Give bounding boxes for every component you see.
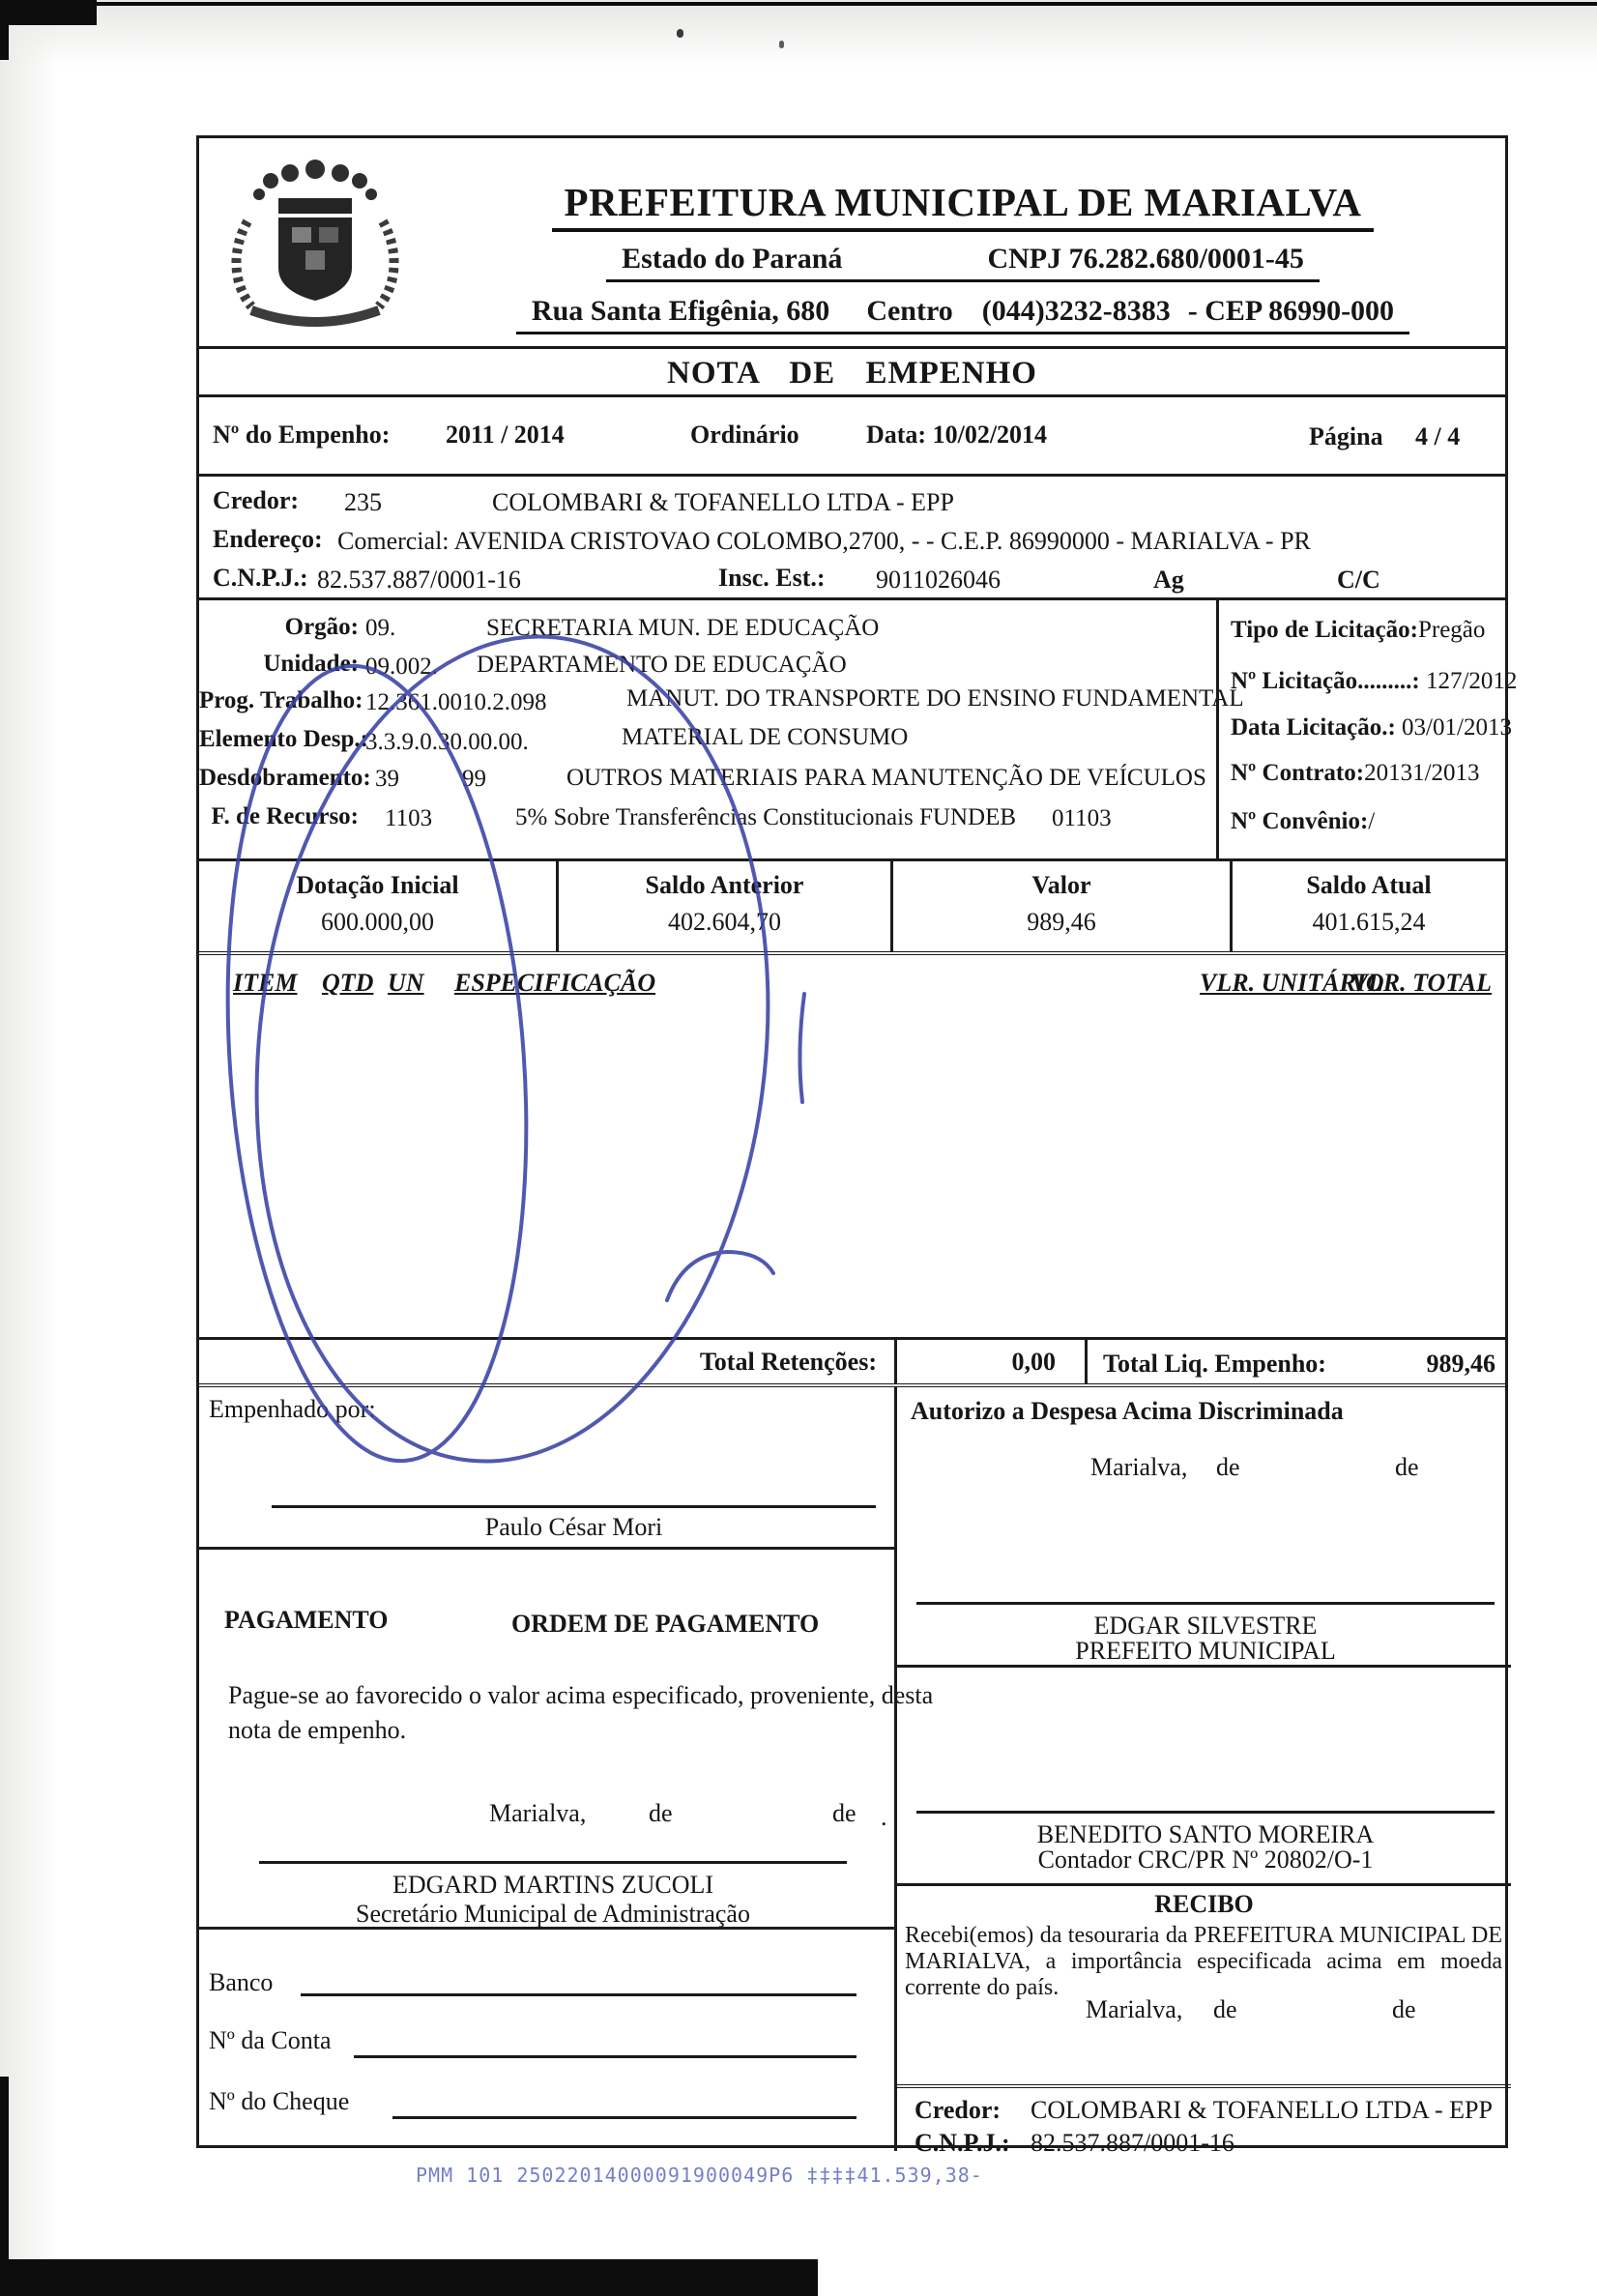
creditor-code: 235 (344, 488, 382, 517)
autorizo-title: Autorizo a Despesa Acima Discriminada (911, 1397, 1344, 1426)
balance-value: 401.615,24 (1233, 908, 1505, 937)
scan-edge-left (0, 0, 58, 2296)
totals-row: Total Retenções: 0,00 Total Liq. Empenho… (199, 1337, 1505, 1387)
prefeito-role: PREFEITO MUNICIPAL (916, 1637, 1495, 1666)
creditor-label: Credor: (213, 486, 299, 515)
prog-trabalho-label: Prog. Trabalho: (199, 687, 359, 715)
desdobramento-code: 39 (375, 766, 399, 794)
account-fill-line (354, 2055, 857, 2058)
creditor-name: COLOMBARI & TOFANELLO LTDA - EPP (492, 488, 954, 517)
page-number-label: Página (1309, 422, 1383, 451)
cnpj-label: CNPJ 76.282.680/0001-45 (987, 243, 1303, 275)
unidade-label: Unidade: (199, 651, 359, 679)
licitacao-type-value: Pregão (1418, 617, 1485, 643)
unidade-code: 09.002. (365, 654, 438, 682)
licitacao-number-label: Nº Licitação.........: (1231, 668, 1420, 694)
bank-fill-line (301, 1993, 857, 1996)
creditor-cnpj-label: C.N.P.J.: (213, 564, 308, 593)
recibo-cnpj-value: 82.537.887/0001-16 (1031, 2129, 1234, 2158)
scan-artifact-top-left-corner (0, 0, 97, 25)
pagamento-text-line1: Pague-se ao favorecido o valor acima esp… (228, 1681, 933, 1710)
recibo-text: Recebi(emos) da tesouraria da PREFEITURA… (905, 1923, 1502, 2001)
bank-label: Banco (209, 1968, 273, 1997)
creditor-block: Credor: 235 COLOMBARI & TOFANELLO LTDA -… (199, 477, 1505, 600)
prog-trabalho-desc: MANUT. DO TRANSPORTE DO ENSINO FUNDAMENT… (626, 685, 1244, 713)
balance-cell-saldo-anterior: Saldo Anterior 402.604,70 (559, 861, 893, 951)
liquido-value: 989,46 (1427, 1350, 1496, 1379)
secretario-name: EDGARD MARTINS ZUCOLI (259, 1871, 847, 1900)
agency-label: Ag (1153, 566, 1184, 595)
balance-cell-valor: Valor 989,46 (893, 861, 1233, 951)
licitacao-date-value: 03/01/2013 (1402, 714, 1512, 741)
licitacao-number-value: 127/2012 (1426, 668, 1517, 694)
recibo-credor-row: Credor: COLOMBARI & TOFANELLO LTDA - EPP… (897, 2084, 1511, 2151)
empenhado-label: Empenhado por: (209, 1395, 376, 1424)
orgao-desc: SECRETARIA MUN. DE EDUCAÇÃO (486, 615, 879, 643)
col-header-qtd: QTD (322, 969, 373, 998)
creditor-address-label: Endereço: (213, 525, 323, 554)
prog-trabalho-code: 12.361.0010.2.098 (365, 689, 547, 717)
contador-role: Contador CRC/PR Nº 20802/O-1 (916, 1846, 1495, 1875)
account-label: C/C (1337, 566, 1380, 595)
bank-authentication-stamp: PMM 101 25022014000091900049P6 ‡‡‡‡41.53… (416, 2164, 983, 2187)
balance-header: Valor (893, 871, 1230, 900)
cheque-fill-line (392, 2116, 857, 2119)
empenho-number-value: 2011 / 2014 (446, 421, 565, 450)
scan-artifact-left-sliver-bottom (0, 2077, 9, 2296)
licitacao-type-label: Tipo de Licitação: (1231, 617, 1418, 643)
signatures-grid: Empenhado por: Paulo César Mori PAGAMENT… (199, 1387, 1505, 2151)
cheque-number-label: Nº do Cheque (209, 2087, 349, 2116)
pagamento-box: PAGAMENTO ORDEM DE PAGAMENTO Pague-se ao… (199, 1550, 894, 1930)
scanned-nota-de-empenho-page: PREFEITURA MUNICIPAL DE MARIALVA Estado … (0, 0, 1597, 2296)
bank-box: Banco Nº da Conta Nº do Cheque (199, 1930, 894, 2151)
scan-artifact-left-sliver-top (0, 0, 9, 60)
elemento-desp-label: Elemento Desp.: (199, 726, 359, 754)
left-column: Empenhado por: Paulo César Mori PAGAMENT… (199, 1387, 897, 2151)
col-header-item: ITEM (233, 969, 297, 998)
recibo-cnpj-label: C.N.P.J.: (915, 2129, 1010, 2158)
balance-value: 600.000,00 (199, 908, 556, 937)
empenhado-box: Empenhado por: Paulo César Mori (199, 1387, 894, 1550)
right-column: Autorizo a Despesa Acima Discriminada Ma… (897, 1387, 1511, 2151)
contract-number-value: 20131/2013 (1364, 760, 1479, 786)
autorizo-box: Autorizo a Despesa Acima Discriminada Ma… (897, 1387, 1511, 1668)
licitacao-date-label: Data Licitação.: (1231, 714, 1396, 741)
district: Centro (866, 295, 952, 327)
empenho-number-row: Nº do Empenho: 2011 / 2014 Ordinário Dat… (199, 397, 1505, 477)
elemento-desp-code: 3.3.9.0.30.00.00. (365, 729, 529, 757)
autorizo-de2: de (1395, 1453, 1419, 1482)
budget-classification-block: Orgão: 09. SECRETARIA MUN. DE EDUCAÇÃO U… (199, 600, 1505, 861)
signature-line-secretario (259, 1861, 847, 1864)
retencoes-value-cell: 0,00 (897, 1340, 1088, 1383)
pagamento-period: . (881, 1803, 887, 1832)
city-hall-title: PREFEITURA MUNICIPAL DE MARIALVA (552, 179, 1373, 232)
balance-header: Saldo Atual (1233, 871, 1505, 900)
empenho-type: Ordinário (690, 421, 799, 450)
pagamento-title: PAGAMENTO (224, 1606, 388, 1635)
unidade-desc: DEPARTAMENTO DE EDUCAÇÃO (477, 652, 847, 680)
orgao-label: Orgão: (199, 614, 359, 642)
retencoes-label: Total Retenções: (700, 1348, 877, 1376)
col-header-especificacao: ESPECIFICAÇÃO (454, 969, 655, 998)
balance-header: Dotação Inicial (199, 871, 556, 900)
empenho-number-label: Nº do Empenho: (213, 421, 390, 450)
street-address: Rua Santa Efigênia, 680 (532, 295, 829, 327)
empenho-date: Data: 10/02/2014 (866, 421, 1047, 450)
licitacao-box: Tipo de Licitação:Pregão Nº Licitação...… (1216, 600, 1511, 861)
state-registration-label: Insc. Est.: (718, 564, 826, 593)
recibo-credor-label: Credor: (915, 2096, 1001, 2125)
state-registration-value: 9011026046 (876, 566, 1001, 595)
recibo-city: Marialva, (1086, 1995, 1182, 2024)
fonte-recurso-label: F. de Recurso: (199, 803, 359, 831)
creditor-address-value: Comercial: AVENIDA CRISTOVAO COLOMBO,270… (337, 527, 1311, 556)
recibo-box: RECIBO Recebi(emos) da tesouraria da PRE… (897, 1886, 1511, 2151)
scan-artifact-dot-1 (677, 29, 683, 38)
balances-table: Dotação Inicial 600.000,00 Saldo Anterio… (199, 861, 1505, 955)
letterhead: PREFEITURA MUNICIPAL DE MARIALVA Estado … (199, 138, 1505, 346)
balance-value: 402.604,70 (559, 908, 890, 937)
fonte-recurso-code: 1103 (385, 805, 432, 833)
recibo-de1: de (1213, 1995, 1237, 2024)
contract-number-label: Nº Contrato: (1231, 760, 1364, 786)
page-number-value: 4 / 4 (1415, 422, 1460, 451)
account-number-label: Nº da Conta (209, 2026, 331, 2055)
balance-value: 989,46 (893, 908, 1230, 937)
agreement-number-label: Nº Convênio: (1231, 808, 1368, 834)
desdobramento-code2: 99 (462, 766, 486, 794)
page-title: NOTA DE EMPENHO (667, 356, 1037, 391)
elemento-desp-desc: MATERIAL DE CONSUMO (622, 724, 908, 752)
liquido-cell: Total Liq. Empenho: 989,46 (1088, 1340, 1505, 1383)
balance-header: Saldo Anterior (559, 871, 890, 900)
pagamento-text-line2: nota de empenho. (228, 1716, 406, 1745)
secretario-role: Secretário Municipal de Administração (259, 1900, 847, 1929)
phone: (044)3232-8383 (982, 295, 1171, 327)
col-header-un: UN (388, 969, 424, 998)
creditor-cnpj-value: 82.537.887/0001-16 (317, 566, 521, 595)
signature-line-contador (916, 1811, 1495, 1814)
signature-line-prefeito (916, 1602, 1495, 1605)
state-label: Estado do Paraná (622, 243, 842, 275)
retencoes-value: 0,00 (1012, 1348, 1057, 1376)
balance-cell-dotacao: Dotação Inicial 600.000,00 (199, 861, 559, 951)
fonte-recurso-extra-code: 01103 (1052, 805, 1112, 833)
desdobramento-desc: OUTROS MATERIAIS PARA MANUTENÇÃO DE VEÍC… (566, 765, 1206, 793)
scan-edge-top (0, 0, 1597, 68)
recibo-title: RECIBO (897, 1890, 1511, 1919)
liquido-label: Total Liq. Empenho: (1103, 1350, 1326, 1379)
items-table: ITEM QTD UN ESPECIFICAÇÃO VLR. UNITÁRIO … (199, 955, 1505, 1337)
scan-artifact-top-line (0, 2, 1597, 6)
recibo-credor-value: COLOMBARI & TOFANELLO LTDA - EPP (1031, 2096, 1493, 2125)
retencoes-label-cell: Total Retenções: (199, 1340, 897, 1383)
signature-line-empenhado (272, 1505, 876, 1508)
ordem-pagamento-title: ORDEM DE PAGAMENTO (511, 1610, 819, 1639)
desdobramento-label: Desdobramento: (199, 765, 359, 793)
cep: - CEP 86990-000 (1188, 295, 1394, 327)
address-line: Rua Santa Efigênia, 680Centro(044)3232-8… (516, 295, 1409, 334)
fonte-recurso-desc: 5% Sobre Transferências Constitucionais … (515, 804, 1016, 832)
contador-box: BENEDITO SANTO MOREIRA Contador CRC/PR N… (897, 1668, 1511, 1886)
pagamento-de2: de (832, 1799, 857, 1828)
document-frame: PREFEITURA MUNICIPAL DE MARIALVA Estado … (196, 135, 1508, 2148)
document-title-bar: NOTA DE EMPENHO (199, 346, 1505, 397)
pagamento-de1: de (649, 1799, 673, 1828)
empenhado-signer-name: Paulo César Mori (272, 1513, 876, 1542)
autorizo-de1: de (1216, 1453, 1240, 1482)
pagamento-city: Marialva, (489, 1799, 586, 1828)
municipal-crest-logo (213, 156, 418, 336)
orgao-code: 09. (365, 615, 395, 643)
state-and-cnpj-line: Estado do ParanáCNPJ 76.282.680/0001-45 (606, 243, 1320, 282)
scan-artifact-bottom-strip (0, 2259, 818, 2296)
balance-cell-saldo-atual: Saldo Atual 401.615,24 (1233, 861, 1505, 951)
scan-artifact-dot-2 (779, 41, 784, 48)
col-header-vlr-total: VLR. TOTAL (1351, 969, 1492, 998)
recibo-de2: de (1392, 1995, 1416, 2024)
autorizo-city: Marialva, (1090, 1453, 1187, 1482)
agreement-number-value: / (1368, 808, 1375, 834)
